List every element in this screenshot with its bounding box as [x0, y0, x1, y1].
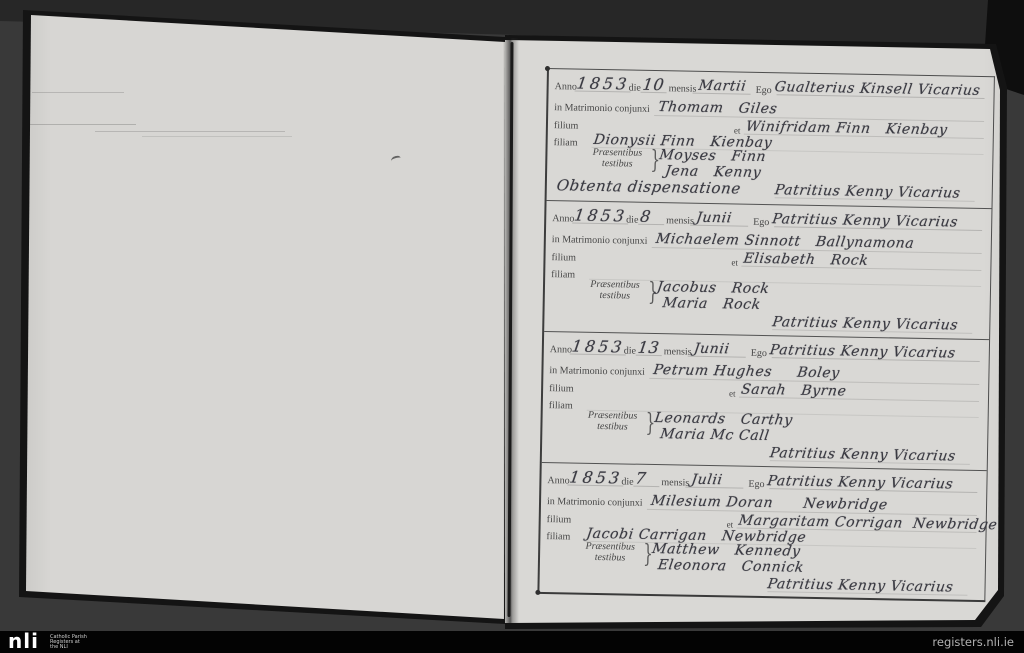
- label-die: die: [621, 476, 633, 487]
- entry-witness-2: Maria Rock: [662, 295, 762, 313]
- entry-priest: Gualterius Kinsell Vicarius: [774, 79, 982, 99]
- label-anno: Anno: [550, 344, 572, 355]
- entry-signature: Patritius Kenny Vicarius: [771, 314, 959, 333]
- site-watermark: registers.nli.ie: [932, 635, 1014, 649]
- entry-month: Junii: [693, 341, 731, 358]
- label-anno: Anno: [552, 213, 574, 224]
- label-testibus: Præsentibustestibus: [583, 279, 647, 302]
- label-testibus: Præsentibustestibus: [585, 147, 649, 170]
- entry-priest: Patritius Kenny Vicarius: [771, 211, 959, 230]
- label-conjunxi: in Matrimonio conjunxi: [554, 102, 650, 115]
- entry-month: Julii: [690, 472, 723, 489]
- label-anno: Anno: [547, 475, 569, 486]
- entry-year: 1853: [568, 468, 623, 488]
- label-testibus: Præsentibustestibus: [580, 410, 644, 433]
- entry-signature: Patritius Kenny Vicarius: [766, 576, 954, 595]
- entry-witness-1: Moyses Finn: [658, 147, 767, 165]
- entry-year: 1853: [575, 74, 630, 94]
- label-conjunxi: in Matrimonio conjunxi: [547, 496, 643, 509]
- label-filium: filium: [547, 514, 572, 525]
- label-conjunxi: in Matrimonio conjunxi: [549, 365, 645, 378]
- register-entry: Anno 1853 die 7 mensis Julii Ego Patriti…: [539, 462, 986, 601]
- label-filium: filium: [549, 383, 574, 394]
- entry-witness-2: Maria Mc Call: [659, 426, 770, 444]
- label-et: et: [731, 257, 738, 267]
- label-die: die: [629, 83, 641, 94]
- label-testibus: Præsentibustestibus: [578, 541, 642, 564]
- ink-smudge: [18, 124, 136, 125]
- ink-smudge: [142, 136, 292, 137]
- ink-smudge: [390, 155, 401, 165]
- label-ego: Ego: [756, 85, 772, 96]
- nli-logo: nli: [8, 629, 39, 653]
- ink-smudge: [32, 92, 124, 93]
- register-table: Anno 1853 die 10 mensis Martii Ego Gualt…: [537, 68, 995, 602]
- label-conjunxi: in Matrimonio conjunxi: [552, 234, 648, 247]
- entry-bride: Elisabeth Rock: [742, 251, 869, 269]
- label-filiam: filiam: [549, 400, 573, 411]
- label-die: die: [626, 214, 638, 225]
- label-ego: Ego: [751, 348, 767, 359]
- label-mensis: mensis: [664, 346, 692, 358]
- entry-day: 10: [641, 75, 665, 94]
- label-filiam: filiam: [554, 137, 578, 148]
- register-entry: Anno 1853 die 8 mensis Junii Ego Patriti…: [544, 200, 991, 340]
- label-anno: Anno: [555, 81, 577, 92]
- entry-bride: Winifridam Finn Kienbay: [745, 119, 949, 139]
- label-filiam: filiam: [551, 269, 575, 280]
- ink-smudge: [95, 131, 285, 132]
- label-mensis: mensis: [666, 215, 694, 227]
- entry-note: Obtenta dispensatione: [556, 176, 743, 197]
- register-entry: Anno 1853 die 10 mensis Martii Ego Gualt…: [547, 69, 994, 208]
- entry-month: Martii: [698, 78, 748, 95]
- label-filium: filium: [554, 120, 579, 131]
- entry-priest: Patritius Kenny Vicarius: [769, 342, 957, 361]
- label-mensis: mensis: [669, 83, 697, 95]
- label-et: et: [729, 388, 736, 398]
- entry-groom: Thomam Giles: [657, 99, 778, 117]
- label-ego: Ego: [748, 479, 764, 490]
- register-entry: Anno 1853 die 13 mensis Junii Ego Patrit…: [542, 331, 989, 471]
- scanned-register-photo: Anno 1853 die 10 mensis Martii Ego Gualt…: [0, 0, 1024, 653]
- footer-bar: nli Catholic ParishRegisters atthe NLI r…: [0, 631, 1024, 653]
- entry-signature: Patritius Kenny Vicarius: [769, 445, 957, 464]
- entry-witness-2: Eleonora Connick: [657, 557, 805, 576]
- entry-year: 1853: [573, 206, 628, 226]
- label-ego: Ego: [753, 217, 769, 228]
- entry-priest: Patritius Kenny Vicarius: [766, 473, 954, 492]
- label-die: die: [624, 345, 636, 356]
- entry-day: 13: [637, 338, 661, 357]
- entry-signature: Patritius Kenny Vicarius: [774, 182, 962, 201]
- label-filium: filium: [551, 252, 576, 263]
- entry-month: Junii: [695, 210, 733, 227]
- nli-logo-caption: Catholic ParishRegisters atthe NLI: [50, 635, 87, 650]
- entry-bride: Sarah Byrne: [740, 382, 848, 400]
- entry-groom: Petrum Hughes Boley: [652, 362, 840, 381]
- label-mensis: mensis: [661, 477, 689, 489]
- label-filiam: filiam: [546, 531, 570, 542]
- entry-year: 1853: [571, 337, 626, 357]
